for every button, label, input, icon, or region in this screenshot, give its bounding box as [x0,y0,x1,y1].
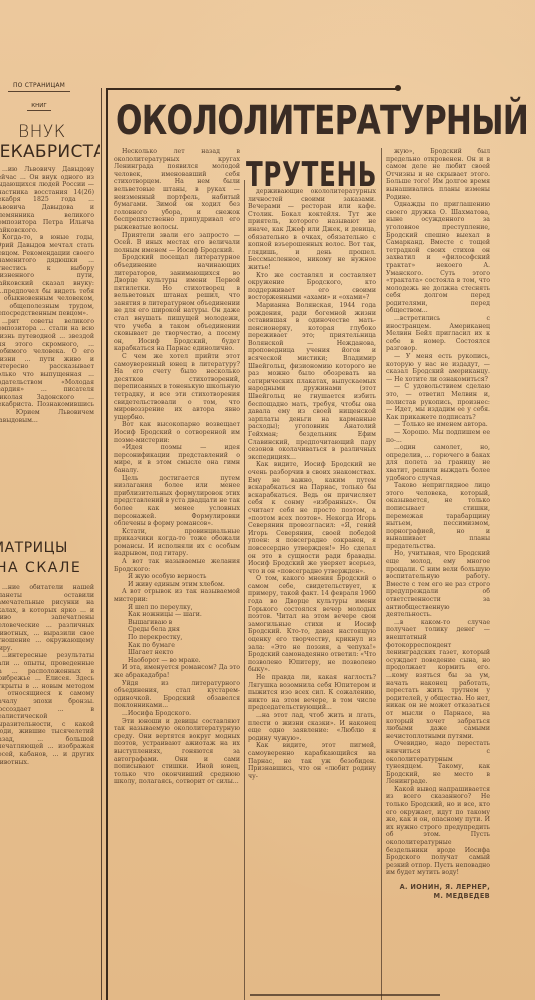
frame-rule-top [106,88,396,90]
column-divider [244,180,245,1000]
paragraph: Как видите, этот пигмей, самоуверенно ка… [248,742,376,780]
verse-line: И живу единым этим хлебом. [114,581,240,589]
article-body-matritsy: ...ние обитатели нашей планеты оставили … [0,584,94,766]
paragraph: Вот как высокопарно возвещает Иосиф Брод… [114,421,240,444]
verse-line: Наоборот — во мраке. [114,657,240,665]
article-title-line-1: ВНУК [18,122,66,142]
paragraph: — У меня есть рукопись, которую у нас не… [386,353,490,383]
verse-line: Вышагиваю в [114,619,240,627]
paragraph: ...рит советы великого композитора ... с… [0,318,94,424]
paragraph: Уйдя из литературного объединения, стал … [114,680,240,710]
paragraph: ...один самолет, но, определив, ... горю… [386,444,490,482]
column-divider [381,148,382,1000]
byline: А. ИОНИН, Я. ЛЕРНЕР, М. МЕДВЕДЕВ [386,883,490,901]
article-column-3: жую», Бродский был предельно откровенен.… [386,148,490,1000]
paragraph: Не правда ли, какая наглость? Лягушка во… [248,674,376,712]
column-body: жую», Бродский был предельно откровенен.… [386,148,490,877]
rubric-line-2: КНИГ [27,103,51,111]
byline-authors-1: А. ИОНИН, Я. ЛЕРНЕР, [386,883,490,892]
paragraph: держивающие окололитературных личностей … [248,188,376,272]
paragraph: ...встретились с иностранцем. Американец… [386,315,490,353]
paragraph: ...Иосифа Бродского. [114,710,240,718]
paragraph: — Только не именем автора. [386,421,490,429]
paragraph: ...ию Львовичу Давыдову сейчас ... Он вн… [0,166,94,234]
paragraph: Какой вывод напрашивается из всего сказа… [386,786,490,877]
paragraph: Несколько лет назад в окололитературных … [114,148,240,232]
paragraph: Однажды по приглашению своего дружка О. … [386,201,490,315]
paragraph: «Идея поэмы — идея персонификации предст… [114,444,240,474]
column-divider [101,88,102,1000]
left-column: ПО СТРАНИЦАМ КНИГ ВНУК ДЕКАБРИСТА ...ию … [0,0,100,1000]
paragraph: Эти юноши и девицы составляют так называ… [114,718,240,786]
paragraph: ...ние обитатели нашей планеты оставили … [0,584,94,652]
paragraph: — С удовольствием сделаю это, — ответил … [386,383,490,421]
paragraph: Когда-то, в юные годы, Юрий Давыдов мечт… [0,234,94,318]
paragraph: Как видите, Иосиф Бродский не очень разб… [248,461,376,575]
article-title-line-2: ДЕКАБРИСТА [0,142,100,162]
rubric-line-1: ПО СТРАНИЦАМ [8,82,70,92]
paragraph: ...на этот лад, чтоб жить и лгать, плест… [248,712,376,742]
verse-line: Среды бела дня [114,626,240,634]
paragraph: Бродский посещал литературное объединени… [114,254,240,353]
paragraph: — Хорошо. Мы подпишем ее по-... [386,429,490,444]
verse-line: Как ножницы — шаги. [114,611,240,619]
article-column-2: держивающие окололитературных личностей … [248,188,376,1000]
frame-ornament-dot [395,85,401,91]
verse-line: Как по бумаге [114,642,240,650]
rubric: ПО СТРАНИЦАМ КНИГ [8,82,70,111]
bottom-rule [250,994,440,996]
paragraph: А вот отрывок из так называемой мистерии… [114,588,240,603]
paragraph: И эта, именуется романсом? Да это же абр… [114,664,240,679]
paragraph: Кто же составлял и составляет окружение … [248,272,376,302]
article-body-vnuk: ...ию Львовичу Давыдову сейчас ... Он вн… [0,166,94,424]
verse-line: Я шел по переулку, [114,604,240,612]
article-title-line-2: НА СКАЛЕ [0,560,81,576]
paragraph: ...интересные результаты дали ... опыты,… [0,652,94,766]
paragraph: ...в каком-то случае получает толику ден… [386,619,490,741]
paragraph: Кстати, провинциальные приказчики когда-… [114,528,240,558]
frame-rule-left [106,88,108,1000]
paragraph: О том, какого мнения Бродский о самом се… [248,575,376,674]
paragraph: Марианна Волянская, 1944 года рождения, … [248,302,376,461]
paragraph: Но, учитывая, что Бродский еще молод, ем… [386,550,490,618]
paragraph: А вот так называемые желания Бродского: [114,558,240,573]
headline: ОКОЛОЛИТЕРАТУРНЫЙ [116,98,528,144]
article-column-1: Несколько лет назад в окололитературных … [114,148,240,1000]
paragraph: Приятели звали его запросто — Осей. В ин… [114,232,240,255]
paragraph: Таково неприглядное лицо этого человека,… [386,482,490,550]
paragraph: Цель достигается путем низлагания более … [114,475,240,528]
verse-line: Шагает некто [114,649,240,657]
paragraph: жую», Бродский был предельно откровенен.… [386,148,490,201]
article-title-line-1: МАТРИЦЫ [0,540,68,556]
verse-line: По перекрестку, [114,634,240,642]
byline-authors-2: М. МЕДВЕДЕВ [386,892,490,901]
paragraph: С чем же хотел прийти этот самоуверенный… [114,353,240,421]
verse-line: Я жую особую верность [114,573,240,581]
main-article: ОКОЛОЛИТЕРАТУРНЫЙ ТРУТЕНЬ Несколько лет … [106,80,490,1000]
paragraph: Очевидно, надо перестать нянчиться с око… [386,740,490,786]
